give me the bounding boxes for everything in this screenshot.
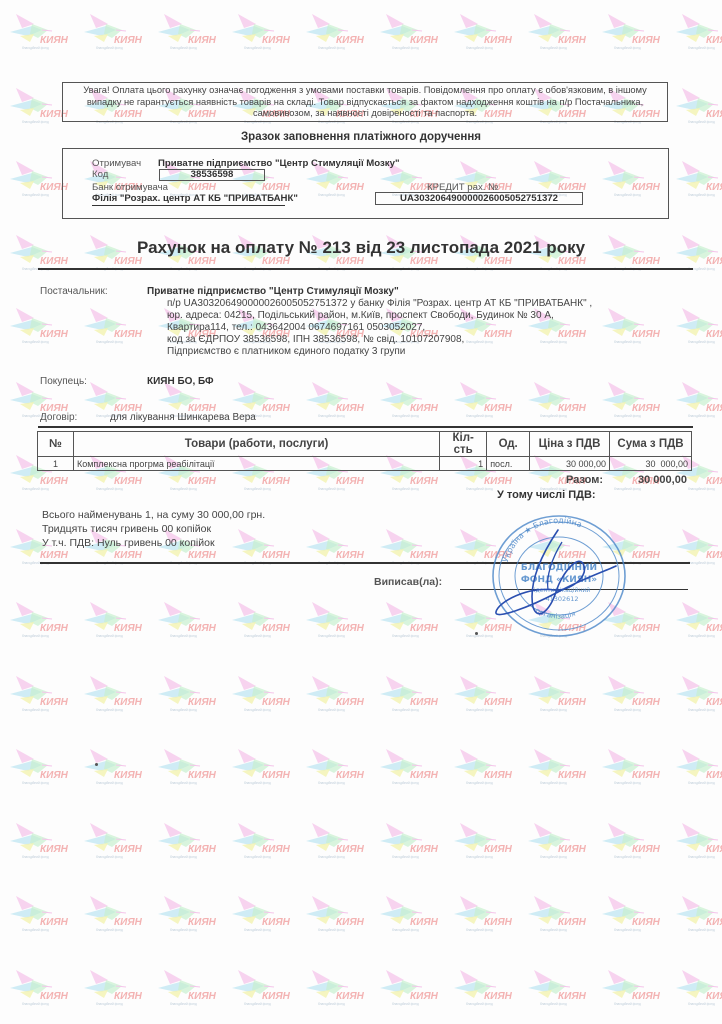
notice-line: випадку не гарантується наявність товарі… bbox=[63, 97, 667, 109]
invoice-title: Рахунок на оплату № 213 від 23 листопада… bbox=[0, 238, 722, 258]
issued-by-label: Виписав(ла): bbox=[374, 576, 442, 588]
supplier-detail: Підприємство є платником єдиного податку… bbox=[167, 346, 405, 357]
buyer-value: КИЯН БО, БФ bbox=[147, 376, 214, 387]
recipient-label: Отримувач bbox=[92, 158, 141, 169]
contract-divider bbox=[38, 426, 693, 428]
bank-value: Філія "Розрах. центр АТ КБ "ПРИВАТБАНК" bbox=[92, 193, 298, 204]
ink-dot bbox=[475, 632, 478, 635]
cell-sum: 30 000,00 bbox=[610, 457, 692, 471]
supplier-detail: Квартира114, тел.: 043642004 0674697161 … bbox=[167, 322, 425, 333]
recipient-value: Приватне підприємство "Центр Стимуляції … bbox=[158, 158, 400, 169]
notice-box: Увага! Оплата цього рахунку означає пого… bbox=[62, 82, 668, 122]
invoice-document: Увага! Оплата цього рахунку означає пого… bbox=[0, 0, 722, 1024]
organization-stamp: Україна ★ Благодійна організація БЛАГОДІ… bbox=[488, 512, 630, 640]
cell-price: 30 000,00 bbox=[530, 457, 610, 471]
bank-underline bbox=[92, 205, 285, 206]
cell-number: 1 bbox=[38, 457, 74, 471]
col-header-goods: Товари (работи, послуги) bbox=[73, 432, 439, 457]
notice-line: самовивозом, за наявності довіреності та… bbox=[63, 108, 667, 120]
col-header-number: № bbox=[38, 432, 74, 457]
total-label: Разом: bbox=[566, 474, 603, 486]
summary-count: Всього найменувань 1, на суму 30 000,00 … bbox=[42, 509, 265, 521]
supplier-label: Постачальник: bbox=[40, 286, 108, 297]
supplier-detail: юр. адреса: 04215, Подільський район, м.… bbox=[167, 310, 554, 321]
items-table: № Товари (работи, послуги) Кіл-сть Од. Ц… bbox=[37, 431, 692, 471]
contract-label: Договір: bbox=[40, 412, 77, 423]
supplier-detail: п/р UA303206490000026005052751372 у банк… bbox=[167, 298, 592, 309]
col-header-quantity: Кіл-сть bbox=[440, 432, 487, 457]
table-row: 1 Комплексна прогрма реабілітації 1 посл… bbox=[38, 457, 692, 471]
payment-sample-box: Отримувач Приватне підприємство "Центр С… bbox=[62, 148, 669, 219]
supplier-detail: код за ЄДРПОУ 38536598, ІПН 38536598, № … bbox=[167, 334, 464, 345]
ink-dot bbox=[95, 763, 98, 766]
supplier-name: Приватне підприємство "Центр Стимуляції … bbox=[147, 286, 399, 297]
code-field: 38536598 bbox=[159, 169, 265, 181]
code-label: Код bbox=[92, 169, 108, 180]
cell-unit: посл. bbox=[487, 457, 530, 471]
col-header-price: Ціна з ПДВ bbox=[530, 432, 610, 457]
cell-goods: Комплексна прогрма реабілітації bbox=[73, 457, 439, 471]
notice-line: Увага! Оплата цього рахунку означає пого… bbox=[63, 85, 667, 97]
vat-label: У тому числі ПДВ: bbox=[497, 489, 596, 501]
col-header-sum: Сума з ПДВ bbox=[610, 432, 692, 457]
buyer-label: Покупець: bbox=[40, 376, 87, 387]
svg-text:БЛАГОДІЙНИЙ: БЛАГОДІЙНИЙ bbox=[521, 561, 597, 573]
total-value: 30 000,00 bbox=[638, 474, 687, 486]
title-divider bbox=[38, 268, 693, 270]
contract-value: для лікування Шинкарева Вера bbox=[110, 412, 256, 423]
col-header-unit: Од. bbox=[487, 432, 530, 457]
credit-account-field: UA303206490000026005052751372 bbox=[375, 192, 583, 205]
summary-vat-words: У т.ч. ПДВ: Нуль гривень 00 копійок bbox=[42, 537, 215, 549]
cell-quantity: 1 bbox=[440, 457, 487, 471]
payment-sample-title: Зразок заповнення платіжного доручення bbox=[0, 131, 722, 143]
bank-label: Банк отримувача bbox=[92, 182, 168, 193]
summary-amount-words: Тридцять тисяч гривень 00 копійок bbox=[42, 523, 211, 535]
table-header-row: № Товари (работи, послуги) Кіл-сть Од. Ц… bbox=[38, 432, 692, 457]
